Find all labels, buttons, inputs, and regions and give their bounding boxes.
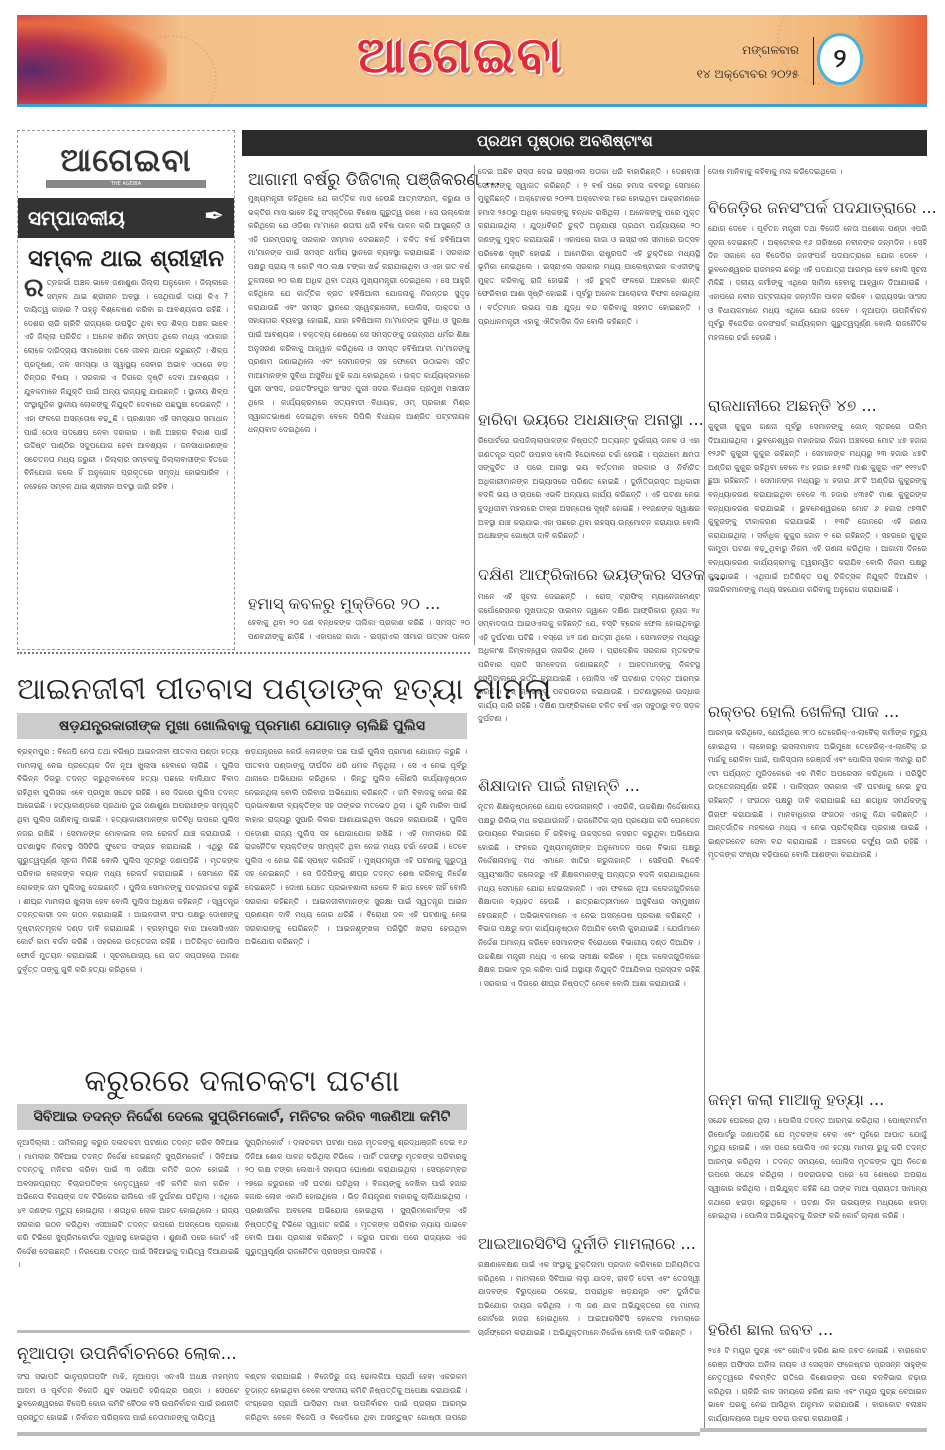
headline-bjd: ବିଜେଡ଼ିର ଜନସଂପର୍କ ପଦଯାତ୍ରାରେ ... bbox=[708, 198, 937, 218]
section-header-bar: ପ୍ରଥମ ପୃଷ୍ଠାର ଅବଶିଷ୍ଟାଂଶ bbox=[242, 130, 927, 156]
column-rule bbox=[704, 165, 705, 1430]
article-body-terror: ଆରମ୍ଭ କରିଥିଲେ, ଯେଉଁଥିରେ ୨୮୦ ତେହେରିକ୍-ଏ-ଲ… bbox=[708, 726, 927, 1072]
section-divider bbox=[17, 1330, 470, 1333]
article-body-irctc: ରକ୍ଷଣାବେକ୍ଷଣ ପାଇଁ ଏକ ସଂସ୍ଥାକୁ ଚୁକ୍ତିନାମା… bbox=[478, 1258, 700, 1430]
headline-dogs: ରାଜଧାନୀରେ ଅଛନ୍ତି ୪୭ ... bbox=[708, 396, 877, 416]
drop-cap: ର bbox=[24, 276, 44, 300]
headline-digital: ଆଗାମୀ ବର୍ଷରୁ ଡିଜିଟାଲ୍ ପଞ୍ଜିକରଣ ... bbox=[248, 170, 501, 190]
article-body-digital: ମୁଖ୍ୟମନ୍ତ୍ରୀ କହିଥିଲେ ଯେ କାର୍ତ୍ତିକ ମାସ ହେ… bbox=[248, 192, 470, 588]
headline-lawyer-murder: ଆଇନଜୀବୀ ପୀତବାସ ପଣ୍ଡାଙ୍କ ହତ୍ୟା ମାମଲା bbox=[17, 672, 467, 707]
headline-nuapada: ନୂଆପଡ଼ା ଉପନିର୍ବାଚନରେ ଲୋକ... bbox=[17, 1344, 237, 1364]
editorial-logo-subtitle: THE AGEIBA bbox=[46, 180, 206, 188]
subheadline-karur: ସିବିଆଇ ତଦନ୍ତ ନିର୍ଦ୍ଦେଶ ଦେଲେ ସୁପ୍ରିମକୋର୍ଟ… bbox=[17, 1104, 467, 1130]
headline-irctc: ଆଇଆରସିଟିସି ଦୁର୍ନୀତି ମାମଲାରେ ... bbox=[478, 1234, 696, 1254]
editorial-logo: ଆଗେଇବା bbox=[36, 141, 216, 180]
article-body-karur-left: ନୂଆଦିଲ୍ଲୀ : ତାମିଲନାଡୁ କରୁର ଦଳାଚକଟା ଘଟଣାର… bbox=[17, 1136, 239, 1326]
article-body-nuapada-left: ସଂଘ ସଭାପତି ଭାନୁପ୍ରତାପସିଂ ମାଝି, ନୂଆପଡ଼ା ଏ… bbox=[17, 1370, 239, 1426]
article-body-matricide: ସନ୍ଦେହ ଘେରରେ ଥିଲା । ପୋଲିସ ତଦନ୍ତ ଆରମ୍ଭ କର… bbox=[708, 1114, 927, 1310]
article-body-opposition: ରିପୋର୍ଟରେ ଉପଜିଲ୍ଲାପାଳଙ୍କ ନିଷ୍ପତ୍ତି ଅତ୍ୟନ… bbox=[478, 434, 700, 558]
section-divider bbox=[17, 652, 470, 654]
article-body-bjd-pre: ଦୋଷ ମାନିବାକୁ କହିବାକୁ ମନା କରିଦେଇଥିଲେ । bbox=[708, 165, 927, 181]
article-body-karur-right: ସୁପ୍ରିମକୋର୍ଟ । ଦଳାଚକଟା ଘଟଣା ପରେ ମୃତକଙ୍କୁ… bbox=[245, 1136, 467, 1326]
editorial-body: ରତ୍ନଗର୍ଭା ଅଞ୍ଚଳ ଭାବେ ଜଣାଶୁଣା ଜିଲ୍ଲା ଅନୁଗ… bbox=[18, 276, 234, 494]
editorial-label-band: ସମ୍ପାଦକୀୟ ✒ bbox=[18, 198, 234, 238]
subheadline-lawyer-murder: ଷଡ଼ଯନ୍ତ୍ରକାରୀଙ୍କ ମୁଖା ଖୋଲିବାକୁ ପ୍ରମାଣ ଯୋ… bbox=[17, 713, 467, 739]
editorial-label: ସମ୍ପାଦକୀୟ bbox=[28, 206, 125, 230]
headline-terror: ରକ୍ତର ହୋଲି ଖେଳିଲା ପାକ ... bbox=[708, 702, 899, 722]
section-divider bbox=[700, 1428, 927, 1432]
issue-day: ମଙ୍ଗଳବାର bbox=[742, 43, 799, 58]
issue-date: ୧୪ ଅକ୍ଟୋବର ୨୦୨୫ bbox=[697, 67, 799, 82]
headline-africa: ଦକ୍ଷିଣ ଆଫ୍ରିକାରେ ଭୟଙ୍କର ସଡକ ... bbox=[478, 565, 725, 585]
column-rule bbox=[474, 165, 475, 645]
section-header-label: ପ୍ରଥମ ପୃଷ୍ଠାର ଅବଶିଷ୍ଟାଂଶ bbox=[477, 132, 653, 150]
newspaper-title: ଆଗେଇବା bbox=[357, 25, 564, 85]
headline-hamas: ହମାସ୍ କବଳରୁ ମୁକ୍ତିରେ ୨୦ ... bbox=[248, 594, 440, 614]
headline-deer: ହରିଣ ଛାଲ ଜବତ ... bbox=[708, 1320, 833, 1340]
article-body-hamas: ହେବାକୁ ଥିବା ୨୦ ଜଣ ବନ୍ଧକଙ୍କ ତାଲିକା ପ୍ରକାଶ… bbox=[248, 616, 470, 644]
editorial-section: ଆଗେଇବା THE AGEIBA ସମ୍ପାଦକୀୟ ✒ ସମ୍ବଳ ଥାଇ … bbox=[17, 130, 235, 650]
headline-karur: କରୁରରେ ଦଳାଚକଟା ଘଟଣା bbox=[17, 1064, 467, 1099]
article-body-lawyer-left: ବ୍ରହ୍ମପୁର : ବିଜେପି ନେତା ତଥା ବରିଷ୍ଠ ଆଇନଜୀ… bbox=[17, 745, 239, 1045]
article-body-hamas-continued: ଦେଇ ଅଛିବ ରାସ୍ତା ଦେଇ ଇସ୍ରାଏଲ ପତାକା ଧରି ବା… bbox=[478, 165, 700, 375]
article-body-nuapada-right: ବଣ୍ଟନ କରାଯାଇଛି । ବିଜେଡିରୁ ଜୟ ଢୋଲକିଆ ପ୍ରା… bbox=[245, 1370, 467, 1426]
section-divider bbox=[17, 1432, 700, 1436]
headline-opposition: ହାରିବା ଭୟରେ ଅଧକ୍ଷାଙ୍କ ଅନାସ୍ଥା ... bbox=[478, 410, 704, 430]
divider bbox=[813, 37, 814, 85]
article-body-lawyer-right: ଷଡ଼ଯନ୍ତ୍ରରେ କେଉଁ ଲୋକଙ୍କ ପଛ ପାଇଁ ପୁଲିସ ପ୍… bbox=[245, 745, 467, 1045]
article-body-dogs: କୁକୁରୀ କୁକୁର ଗଣନା ପୂର୍ବରୁ ସେମାନଙ୍କୁ ଜୋନ୍… bbox=[708, 420, 927, 682]
article-body-education: ନୂତନ ଶିକ୍ଷାନୁଷ୍ଠାନରେ ଯୋଗ ଦେଉନାହାନ୍ତି । ଏ… bbox=[478, 800, 700, 1226]
headline-education: ଶିକ୍ଷାଦାନ ପାଇଁ ନାହାନ୍ତି ... bbox=[478, 776, 640, 796]
pen-icon: ✒ bbox=[204, 202, 224, 230]
page-number-badge: ୨ bbox=[817, 33, 863, 85]
masthead: ଆଗେଇବା ମଙ୍ଗଳବାର ୧୪ ଅକ୍ଟୋବର ୨୦୨୫ ୨ bbox=[17, 15, 927, 107]
article-body-bjd: ଯୋଗ ଦେବେ । ପୂର୍ବତନ ମନ୍ତ୍ରୀ ତଥା ବିଜେଡି ନେ… bbox=[708, 222, 927, 372]
headline-matricide: ଜନ୍ମ କଲା ମାଆକୁ ହତ୍ୟା ... bbox=[708, 1090, 884, 1110]
article-body-deer: ୨୪୫ ଟି ମୟୂର ପୁଚ୍ଛ ଏବଂ ଗୋଟିଏ ହରିଣ ଛାଲ ଜବତ… bbox=[708, 1344, 927, 1426]
editorial-title: ସମ୍ବଳ ଥାଇ ଶ୍ରୀହୀନ bbox=[18, 246, 234, 272]
